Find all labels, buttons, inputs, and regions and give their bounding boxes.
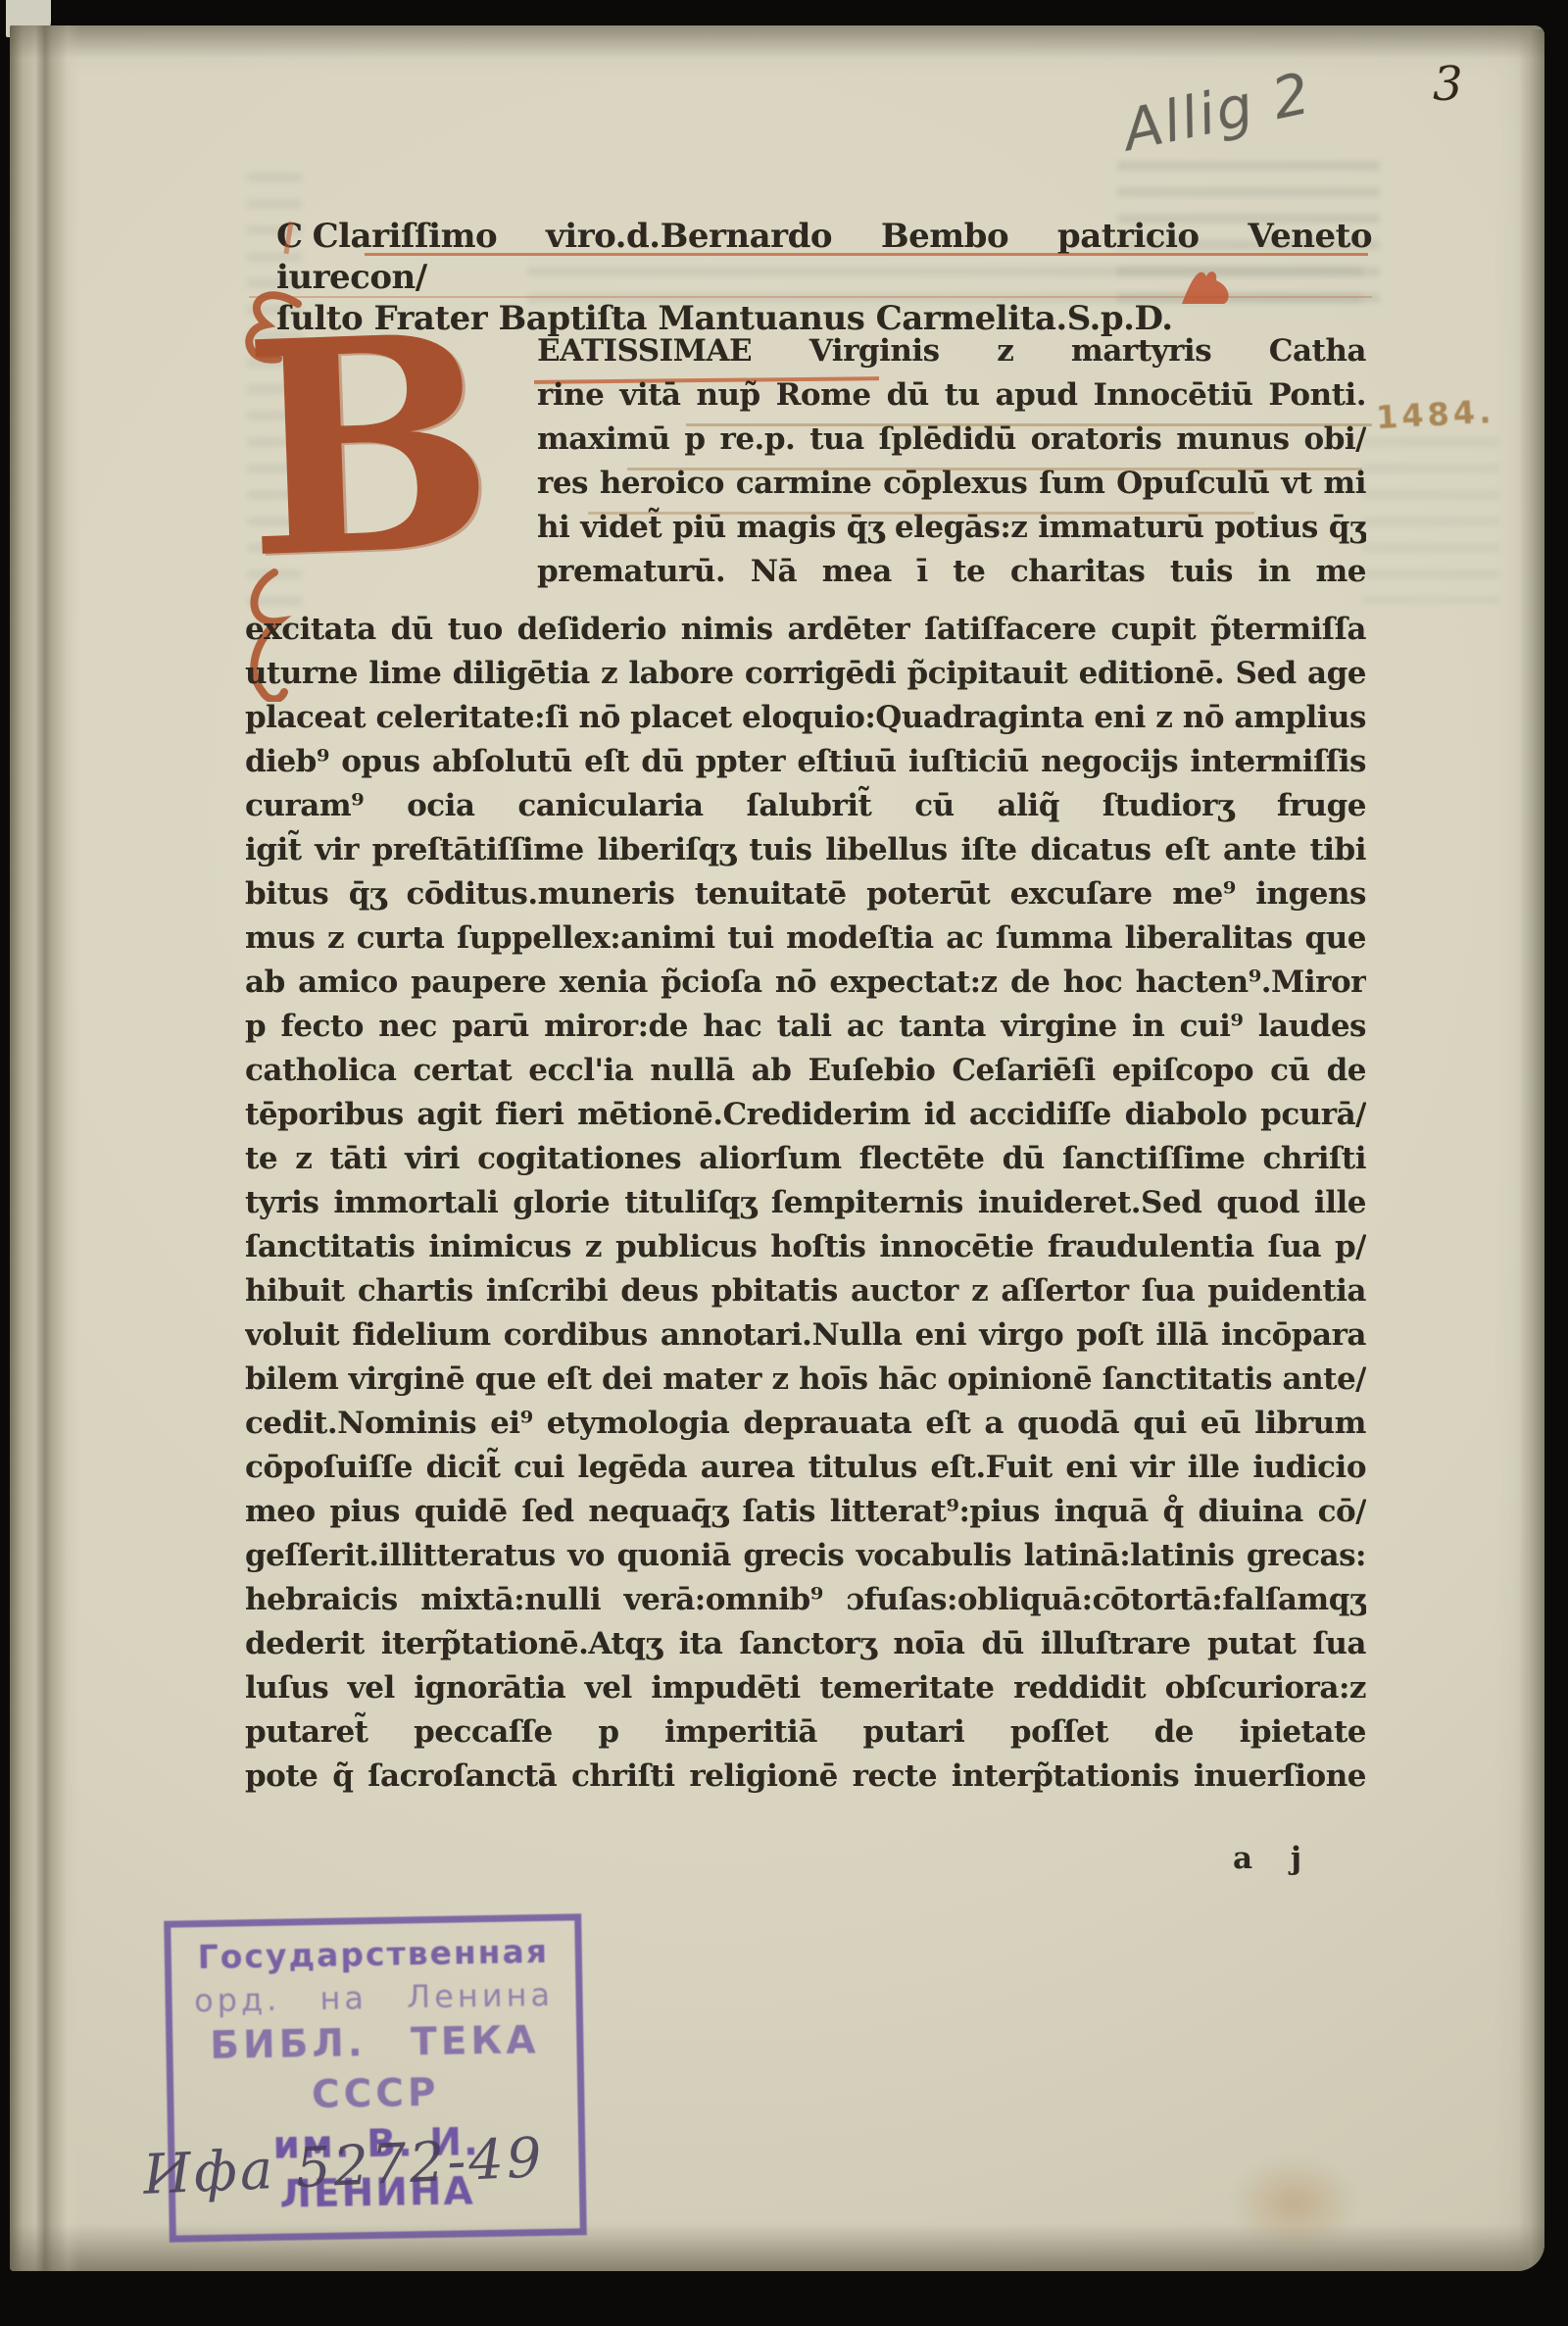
text-line: te z tāti viri cogitationes aliorſum fle… xyxy=(245,1137,1366,1181)
body-text-indented: EATISSIMAE Virginis z martyris Catharine… xyxy=(537,329,1366,594)
text-line: dieb⁹ opus abſolutū eſt dū ppter eſtiuū … xyxy=(245,740,1366,784)
quire-signature: a j xyxy=(1233,1841,1370,1876)
text-line: putaret̃ peccaſſe p imperitiā putari poſ… xyxy=(245,1710,1366,1755)
text-line: hibuit chartis inſcribi deus pbitatis au… xyxy=(245,1269,1366,1313)
text-line: cedit.Nominis ei⁹ etymologia deprauata e… xyxy=(245,1402,1366,1446)
text-line: excitata dū tuo deſiderio nimis ardēter … xyxy=(245,608,1366,652)
text-line: igit̃ vir preſtātiſſime liberiſqʒ tuis l… xyxy=(245,828,1366,872)
stamp-line: орд. на Ленина xyxy=(175,1973,572,2021)
top-edge-shadow xyxy=(10,25,1544,59)
text-line: mus z curta ſuppellex:animi tui modeſtia… xyxy=(245,916,1366,961)
page-stack-edge xyxy=(1519,29,1544,2271)
text-line: res heroico carmine cōplexus ſum Opuſcul… xyxy=(537,462,1366,506)
text-line: uturne lime diligētia z labore corrigēdi… xyxy=(245,652,1366,696)
body-text: excitata dū tuo deſiderio nimis ardēter … xyxy=(245,608,1366,1799)
paper-stain xyxy=(1231,2156,1358,2251)
text-line: ab amico paupere xenia p̃cioſa nō expect… xyxy=(245,961,1366,1005)
text-line: maximū p re.p. tua ſplēdidū oratoris mun… xyxy=(537,418,1366,462)
capitulum-mark: C xyxy=(276,217,313,256)
text-line: bitus q̄ʒ cōditus.muneris tenuitatē pote… xyxy=(245,872,1366,916)
text-line: curam⁹ ocia canicularia ſalubrit̃ cū ali… xyxy=(245,784,1366,828)
text-line: geſſerit.illitteratus vo quoniā grecis v… xyxy=(245,1534,1366,1578)
text-line: prematurū. Nā mea ī te charitas tuis in … xyxy=(537,550,1366,594)
decorated-initial: B xyxy=(240,296,499,599)
text-line: hebraicis mixtā:nulli verā:omnib⁹ ɔfuſas… xyxy=(245,1578,1366,1622)
text-line: bilem virginē que eſt dei mater z hoīs h… xyxy=(245,1358,1366,1402)
page-number: 3 xyxy=(1433,57,1463,112)
text-line: tyris immortali glorie tituliſqʒ ſempite… xyxy=(245,1181,1366,1225)
text-line: voluit fidelium cordibus annotari.Nulla … xyxy=(245,1313,1366,1358)
text-line: ſanctitatis inimicus z publicus hoſtis i… xyxy=(245,1225,1366,1269)
marginal-year-note: 1484. xyxy=(1375,393,1495,436)
text-line: hi videt̃ piū magis q̄ʒ elegās:z immatur… xyxy=(537,506,1366,550)
text-line: dederit iterp̃tationē.Atqʒ ita ſanctorʒ … xyxy=(245,1622,1366,1666)
text-line: rine vitā nup̃ Rome dū tu apud Innocētiū… xyxy=(537,373,1366,418)
text-line: EATISSIMAE Virginis z martyris Catha xyxy=(537,329,1366,373)
show-through-ghost xyxy=(1362,437,1499,604)
red-underline xyxy=(365,253,1368,256)
text-line: placeat celeritate:ſi nō placet eloquio:… xyxy=(245,696,1366,740)
book-gutter-edge xyxy=(10,25,80,2271)
text-line: cōpoſuiſſe dicit̃ cui legēda aurea titul… xyxy=(245,1446,1366,1490)
book-page-scan: Allig 2 3 1484. CClariſſimo viro.d.Berna… xyxy=(0,0,1568,2326)
text-line: tēporibus agit fieri mētionē.Crediderim … xyxy=(245,1093,1366,1137)
text-line: pote q̃ ſacroſanctā chriſti religionē re… xyxy=(245,1755,1366,1799)
text-line: catholica certat eccl'ia nullā ab Euſebi… xyxy=(245,1049,1366,1093)
rubric-paraph-mark xyxy=(1174,261,1237,310)
stamp-line: БИБЛ. ТЕКА СССР xyxy=(176,2014,574,2123)
text-line: luſus vel ignorātia vel impudēti temerit… xyxy=(245,1666,1366,1710)
stamp-line: Государственная xyxy=(174,1928,571,1980)
text-line: p fecto nec parū miror:de hac tali ac ta… xyxy=(245,1005,1366,1049)
text-line: meo pius quidē ſed nequaq̄ʒ ſatis litter… xyxy=(245,1490,1366,1534)
